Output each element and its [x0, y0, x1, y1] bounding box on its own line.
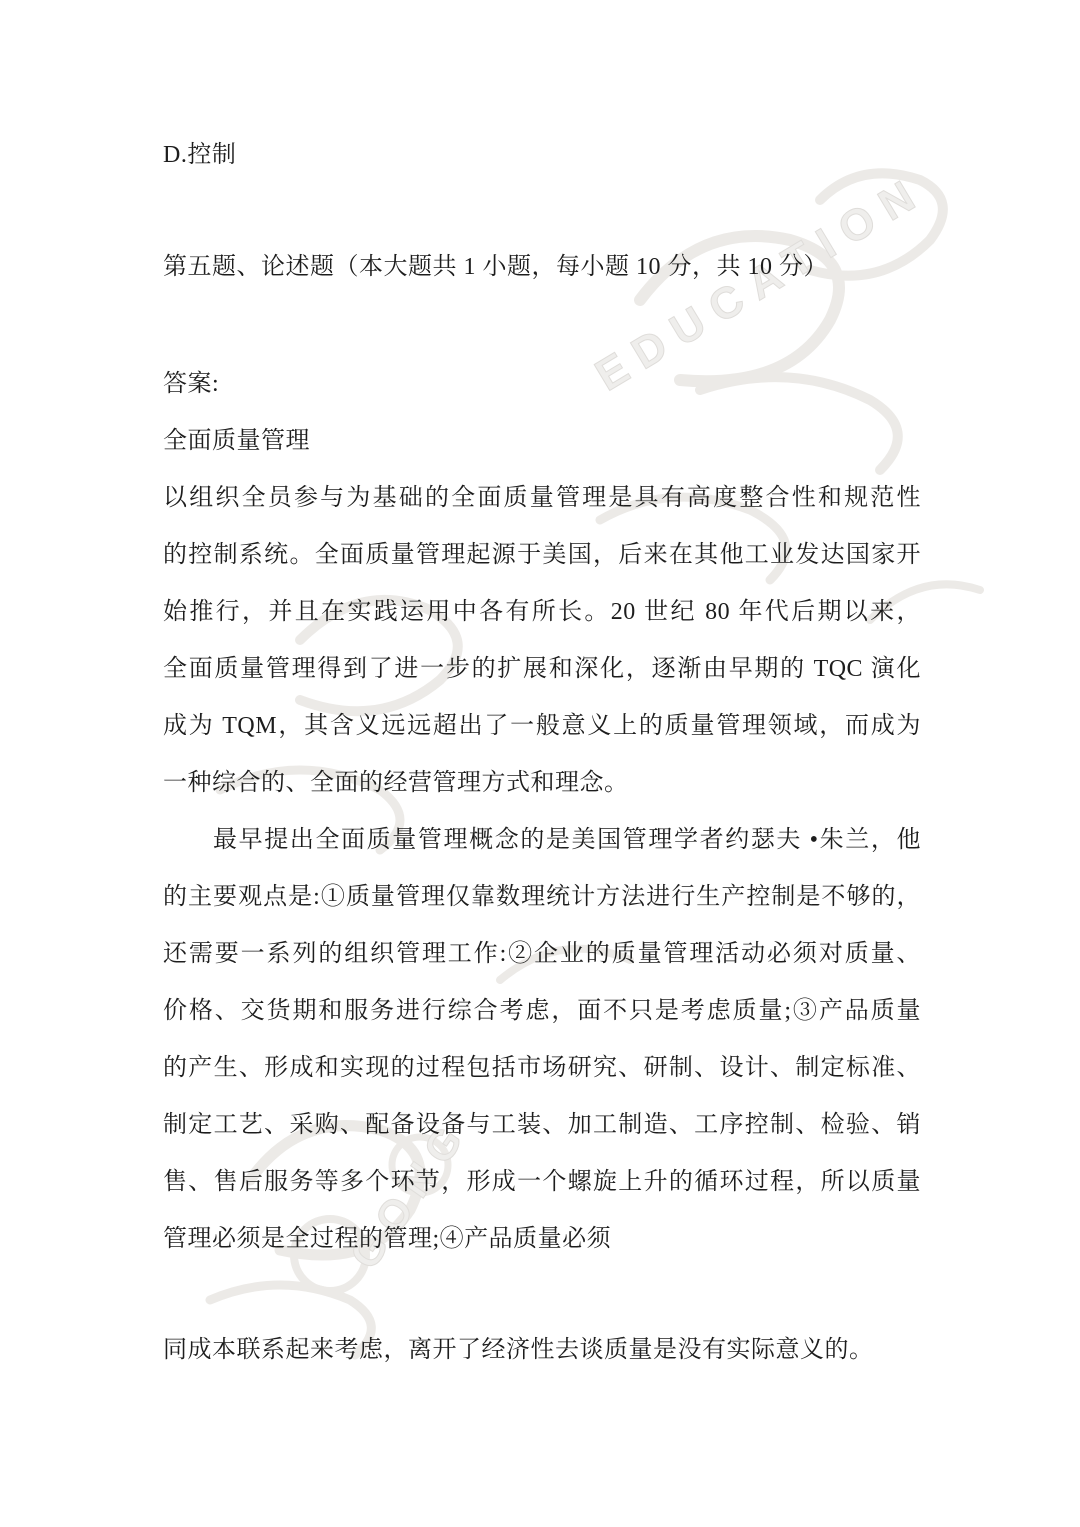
paragraph-line: 一种综合的、全面的经营管理方式和理念。 — [163, 755, 921, 812]
paragraph-line: 售、售后服务等多个环节，形成一个螺旋上升的循环过程，所以质量 — [163, 1154, 921, 1211]
option-d-text: D.控制 — [163, 127, 921, 184]
document-content: D.控制 第五题、论述题（本大题共 1 小题，每小题 10 分，共 10 分） … — [163, 127, 921, 1379]
paragraph-line: 的控制系统。全面质量管理起源于美国，后来在其他工业发达国家开 — [163, 527, 921, 584]
document-page: EDUCATION GONG D.控制 第五题、论述题（本大题共 1 小题，每小… — [0, 0, 1080, 1527]
paragraph-line: 管理必须是全过程的管理;④产品质量必须 — [163, 1211, 921, 1268]
paragraph-line: 制定工艺、采购、配备设备与工装、加工制造、工序控制、检验、销 — [163, 1097, 921, 1154]
paragraph-line: 始推行，并且在实践运用中各有所长。20 世纪 80 年代后期以来， — [163, 584, 921, 641]
paragraph-line: 的主要观点是:①质量管理仅靠数理统计方法进行生产控制是不够的， — [163, 869, 921, 926]
paragraph-line: 最早提出全面质量管理概念的是美国管理学者约瑟夫 •朱兰，他 — [163, 812, 921, 869]
paragraph-line: 全面质量管理得到了进一步的扩展和深化，逐渐由早期的 TQC 演化 — [163, 641, 921, 698]
paragraph-line: 的产生、形成和实现的过程包括市场研究、研制、设计、制定标准、 — [163, 1040, 921, 1097]
section-heading: 第五题、论述题（本大题共 1 小题，每小题 10 分，共 10 分） — [163, 239, 921, 296]
answer-title: 全面质量管理 — [163, 413, 921, 470]
paragraph-line: 以组织全员参与为基础的全面质量管理是具有高度整合性和规范性 — [163, 470, 921, 527]
paragraph-line: 还需要一系列的组织管理工作:②企业的质量管理活动必须对质量、 — [163, 926, 921, 983]
closing-line: 同成本联系起来考虑，离开了经济性去谈质量是没有实际意义的。 — [163, 1322, 921, 1379]
answer-label: 答案: — [163, 356, 921, 413]
paragraph-line: 成为 TQM，其含义远远超出了一般意义上的质量管理领域，而成为 — [163, 698, 921, 755]
paragraph-line: 价格、交货期和服务进行综合考虑，面不只是考虑质量;③产品质量 — [163, 983, 921, 1040]
